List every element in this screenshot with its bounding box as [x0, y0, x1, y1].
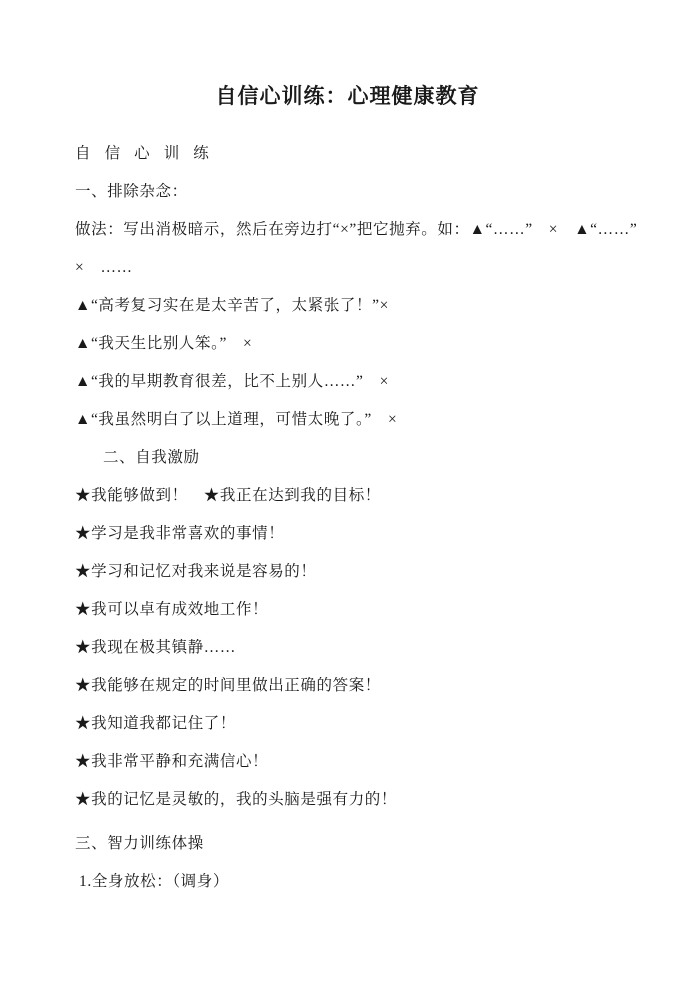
- subsection-3-1-heading: 1.全身放松：（调身）: [75, 863, 640, 901]
- negative-statement-item: ▲“我的早期教育很差，比不上别人……” ×: [75, 363, 640, 401]
- section-3-heading: 三、智力训练体操: [75, 825, 640, 863]
- affirmation-item: ★学习是我非常喜欢的事情！: [75, 515, 640, 553]
- affirmation-item: ★我非常平静和充满信心！: [75, 743, 640, 781]
- section-2-heading: 二、自我激励: [75, 439, 640, 477]
- subtitle-confidence-training: 自 信 心 训 练: [75, 135, 640, 173]
- document-body: 自 信 心 训 练 一、排除杂念： 做法：写出消极暗示，然后在旁边打“×”把它抛…: [75, 135, 640, 901]
- document-title: 自信心训练：心理健康教育: [0, 82, 695, 110]
- method-instruction-continuation: × ……: [75, 249, 640, 287]
- method-instruction-line: 做法：写出消极暗示，然后在旁边打“×”把它抛弃。如：▲“……” × ▲“……”: [75, 211, 640, 249]
- section-1-heading: 一、排除杂念：: [75, 173, 640, 211]
- affirmation-item: ★我能够在规定的时间里做出正确的答案！: [75, 667, 640, 705]
- negative-statement-item: ▲“高考复习实在是太辛苦了，太紧张了！”×: [75, 287, 640, 325]
- negative-statement-item: ▲“我虽然明白了以上道理，可惜太晚了。” ×: [75, 401, 640, 439]
- affirmation-item: ★学习和记忆对我来说是容易的！: [75, 553, 640, 591]
- affirmation-item: ★我可以卓有成效地工作！: [75, 591, 640, 629]
- affirmation-item: ★我知道我都记住了！: [75, 705, 640, 743]
- affirmation-item: ★我现在极其镇静……: [75, 629, 640, 667]
- negative-statement-item: ▲“我天生比别人笨。” ×: [75, 325, 640, 363]
- document-page: 自信心训练：心理健康教育 自 信 心 训 练 一、排除杂念： 做法：写出消极暗示…: [0, 0, 695, 982]
- affirmation-item: ★我能够做到！ ★我正在达到我的目标！: [75, 477, 640, 515]
- affirmation-item: ★我的记忆是灵敏的，我的头脑是强有力的！: [75, 781, 640, 819]
